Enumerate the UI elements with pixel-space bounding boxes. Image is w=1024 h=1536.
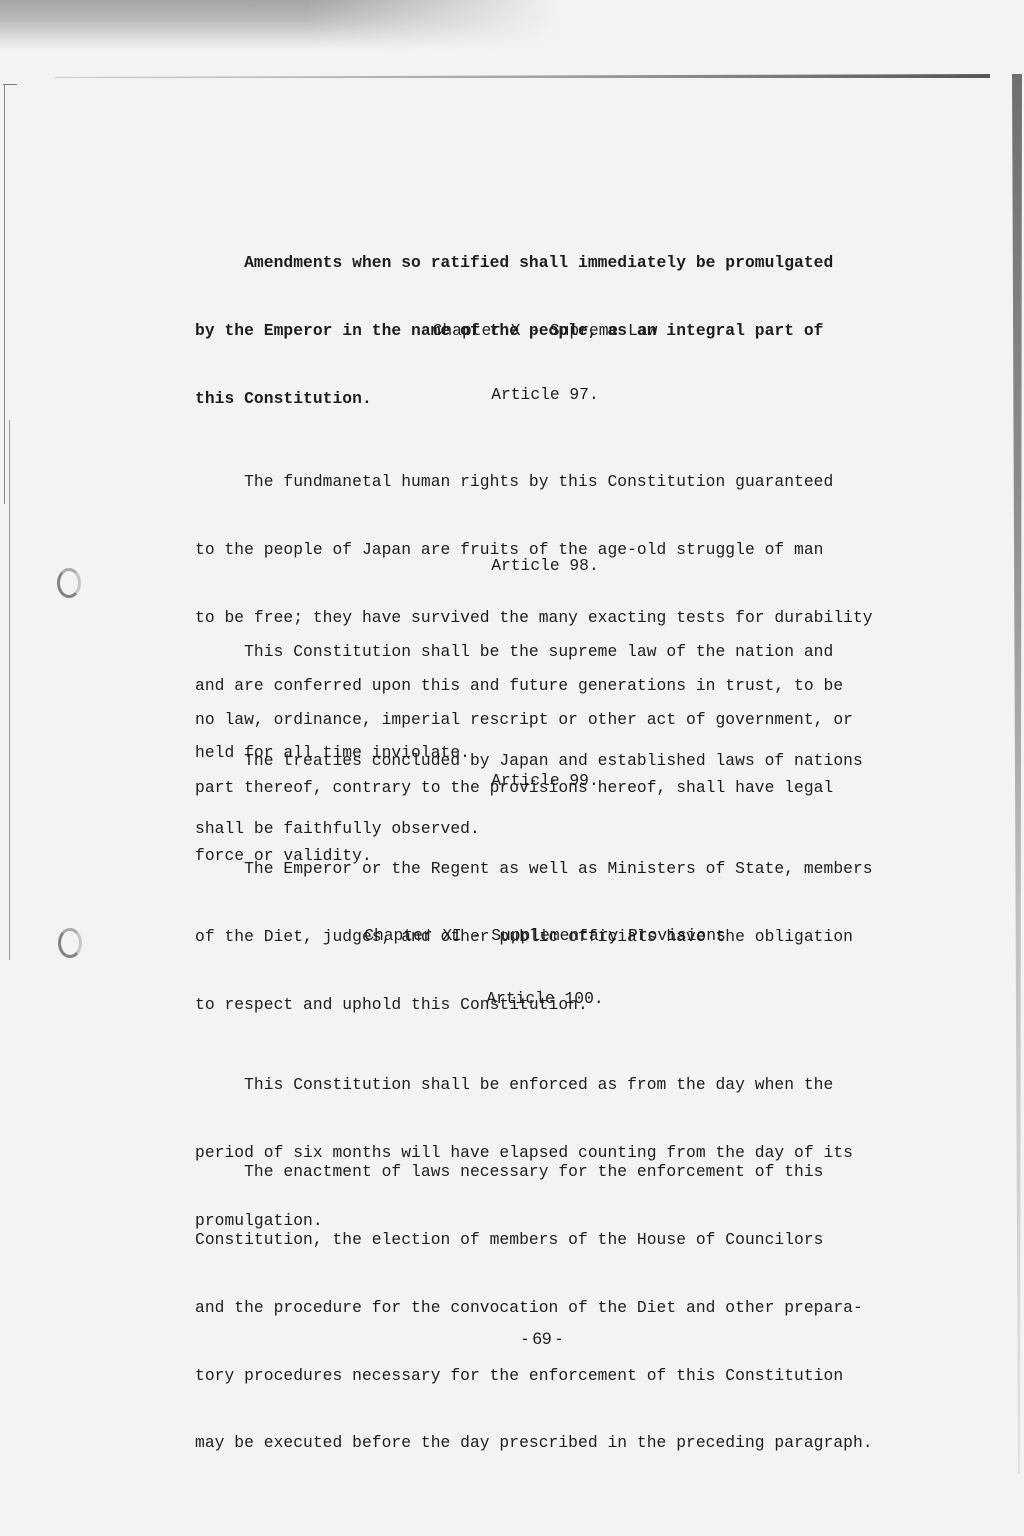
top-border-rule [55, 74, 990, 78]
article-heading: Article 97. [0, 384, 1024, 406]
chapter-heading: Chapter XI - Supplementary Provisions [0, 925, 1024, 947]
chapter-heading: Chapter X - Supreme Law [0, 320, 1024, 342]
text-line: Amendments when so ratified shall immedi… [195, 252, 935, 275]
text-line: The Emperor or the Regent as well as Min… [195, 858, 935, 881]
paragraph-article-100-2: The enactment of laws necessary for the … [195, 1116, 935, 1500]
text-line: tory procedures necessary for the enforc… [195, 1365, 935, 1388]
text-line: Constitution, the election of members of… [195, 1229, 935, 1252]
text-line: This Constitution shall be the supreme l… [195, 641, 935, 664]
article-heading: Article 98. [0, 555, 1024, 577]
scan-shadow [0, 0, 560, 50]
left-border-line [4, 84, 5, 504]
text-line: This Constitution shall be enforced as f… [195, 1074, 935, 1097]
article-heading: Article 100. [0, 988, 1024, 1010]
text-line: The fundmanetal human rights by this Con… [195, 471, 935, 494]
left-border-corner [3, 84, 17, 85]
text-line: may be executed before the day prescribe… [195, 1432, 935, 1455]
left-border-line-lower [9, 420, 10, 960]
text-line: and the procedure for the convocation of… [195, 1297, 935, 1320]
page-number: - 69 - [0, 1329, 1024, 1349]
article-heading: Article 99. [0, 770, 1024, 792]
text-line: The enactment of laws necessary for the … [195, 1161, 935, 1184]
